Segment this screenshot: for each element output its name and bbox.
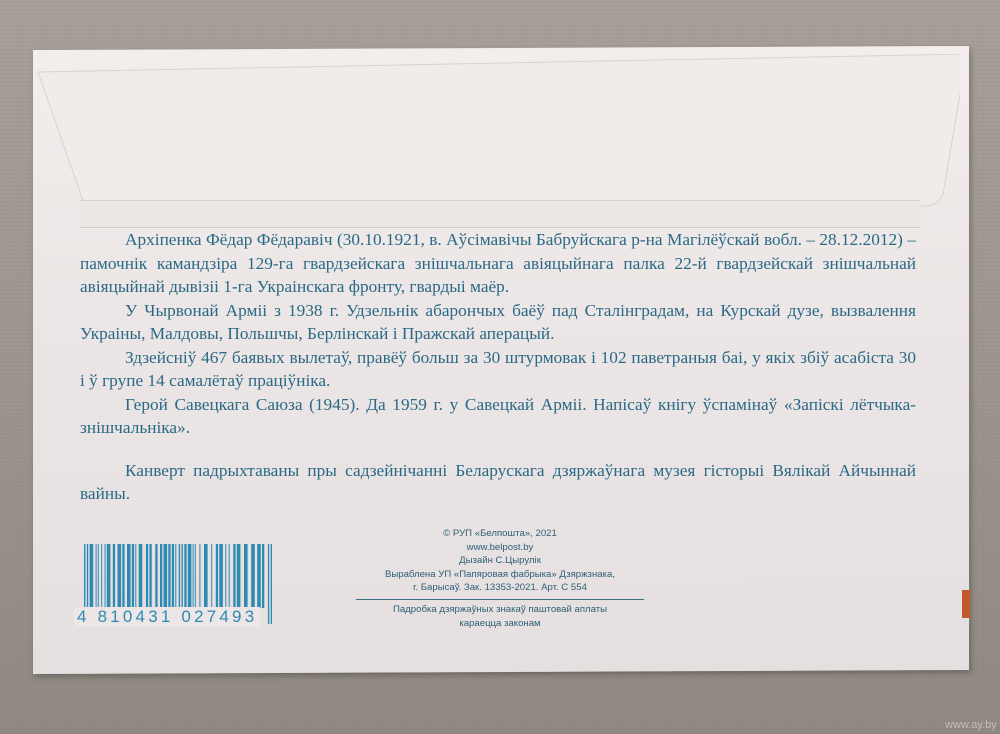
stamp-edge [962, 590, 970, 618]
divider [356, 599, 644, 600]
museum-note: Канверт падрыхтаваны пры садзейнічанні Б… [80, 459, 916, 506]
barcode-digits: 4 810431 027493 [74, 607, 260, 627]
publisher-imprint: © РУП «Белпошта», 2021 www.belpost.by Ды… [350, 527, 650, 630]
bio-paragraph: Архіпенка Фёдар Фёдаравіч (30.10.1921, в… [80, 228, 916, 299]
bio-paragraph: У Чырвонай Арміі з 1938 г. Удзельнік аба… [80, 299, 916, 346]
producer-line: г. Барысаў. Зак. 13353-2021. Арт. С 554 [350, 581, 650, 595]
design-credit: Дызайн С.Цырулік [350, 554, 650, 568]
producer-line: Выраблена УП «Папяровая фабрыка» Дзяржзн… [350, 568, 650, 582]
legal-notice: Падробка дзяржаўных знакаў паштовай апла… [350, 603, 650, 617]
website-line: www.belpost.by [350, 541, 650, 555]
legal-notice: караецца законам [350, 617, 650, 631]
inner-flap-strip [80, 200, 920, 228]
bio-paragraph: Герой Савецкага Саюза (1945). Да 1959 г.… [80, 393, 916, 440]
watermark: www.ay.by [945, 719, 997, 731]
copyright-line: © РУП «Белпошта», 2021 [350, 527, 650, 541]
bio-paragraph: Здзейсніў 467 баявых вылетаў, правёў бол… [80, 346, 916, 393]
biography-text: Архіпенка Фёдар Фёдаравіч (30.10.1921, в… [80, 228, 916, 506]
